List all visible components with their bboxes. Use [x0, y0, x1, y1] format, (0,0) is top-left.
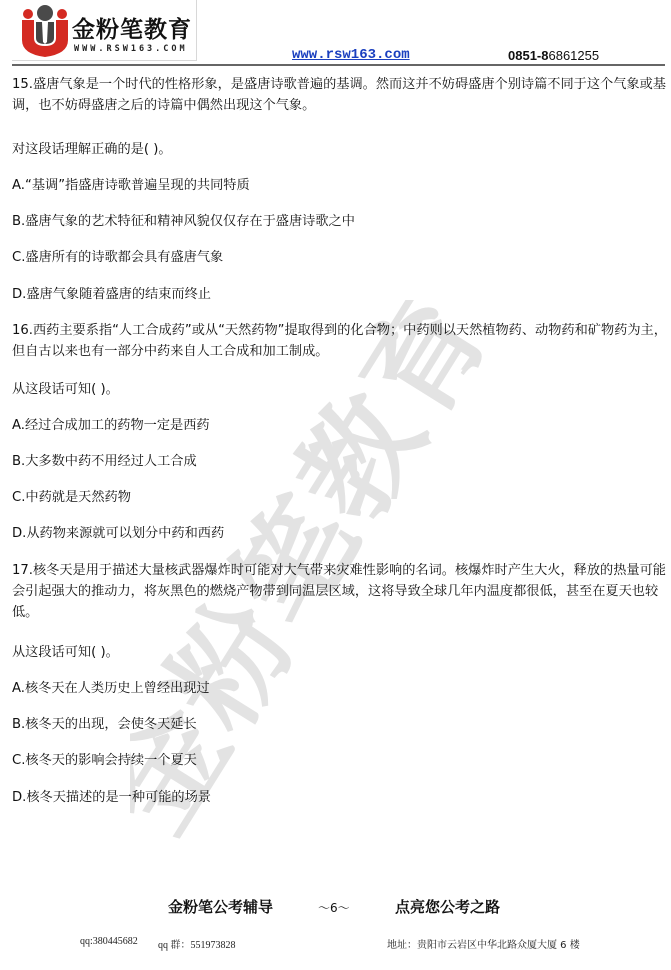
footer-qq-group: qq 群：551973828 — [158, 936, 236, 951]
logo-title: 金粉笔教育 — [72, 11, 192, 44]
question-15-option-a: A.“基调”指盛唐诗歌普遍呈现的共同特质 — [12, 175, 667, 196]
phone-rest: 6861255 — [548, 48, 599, 63]
question-15-option-d: D.盛唐气象随着盛唐的结束而终止 — [12, 284, 667, 305]
page-header: 金粉笔教育 WWW.RSW163.COM www.rsw163.com 0851… — [0, 0, 671, 66]
page-footer: 金粉笔公考辅导 ～6～ 点亮您公考之路 — [0, 896, 671, 918]
website-link[interactable]: www.rsw163.com — [292, 47, 410, 63]
question-16-option-a: A.经过合成加工的药物一定是西药 — [12, 415, 667, 436]
question-15-prompt: 对这段话理解正确的是( )。 — [12, 139, 667, 160]
question-16-prompt: 从这段话可知( )。 — [12, 379, 667, 400]
footer-qq: qq:380445682 — [80, 936, 138, 947]
question-15-option-b: B.盛唐气象的艺术特征和精神风貌仅仅存在于盛唐诗歌之中 — [12, 211, 667, 232]
question-16-option-c: C.中药就是天然药物 — [12, 487, 667, 508]
brand-logo-icon — [20, 4, 70, 58]
question-17-option-d: D.核冬天描述的是一种可能的场景 — [12, 787, 667, 808]
phone-number: 0851-86861255 — [508, 48, 599, 63]
question-16-option-b: B.大多数中药不用经过人工合成 — [12, 451, 667, 472]
logo: 金粉笔教育 WWW.RSW163.COM — [12, 0, 197, 61]
footer-slogan-right: 点亮您公考之路 — [395, 896, 500, 917]
phone-prefix: 0851-8 — [508, 48, 548, 63]
logo-subtitle: WWW.RSW163.COM — [74, 44, 188, 54]
question-17-stem: 17.核冬天是用于描述大量核武器爆炸时可能对大气带来灾难性影响的名词。核爆炸时产… — [12, 560, 667, 623]
question-16-stem: 16.西药主要系指“人工合成药”或从“天然药物”提取得到的化合物；中药则以天然植… — [12, 320, 667, 362]
question-17-option-c: C.核冬天的影响会持续一个夏天 — [12, 750, 667, 771]
question-17-option-a: A.核冬天在人类历史上曾经出现过 — [12, 678, 667, 699]
question-16-option-d: D.从药物来源就可以划分中药和西药 — [12, 523, 667, 544]
page-number: ～6～ — [318, 899, 350, 916]
question-17-option-b: B.核冬天的出现，会使冬天延长 — [12, 714, 667, 735]
question-15-stem: 15.盛唐气象是一个时代的性格形象，是盛唐诗歌普遍的基调。然而这并不妨碍盛唐个别… — [12, 74, 667, 116]
question-15-option-c: C.盛唐所有的诗歌都会具有盛唐气象 — [12, 247, 667, 268]
footer-address: 地址：贵阳市云岩区中华北路众厦大厦 6 楼 — [387, 936, 580, 951]
header-divider — [12, 64, 665, 66]
question-17-prompt: 从这段话可知( )。 — [12, 642, 667, 663]
footer-slogan-left: 金粉笔公考辅导 — [168, 896, 273, 917]
